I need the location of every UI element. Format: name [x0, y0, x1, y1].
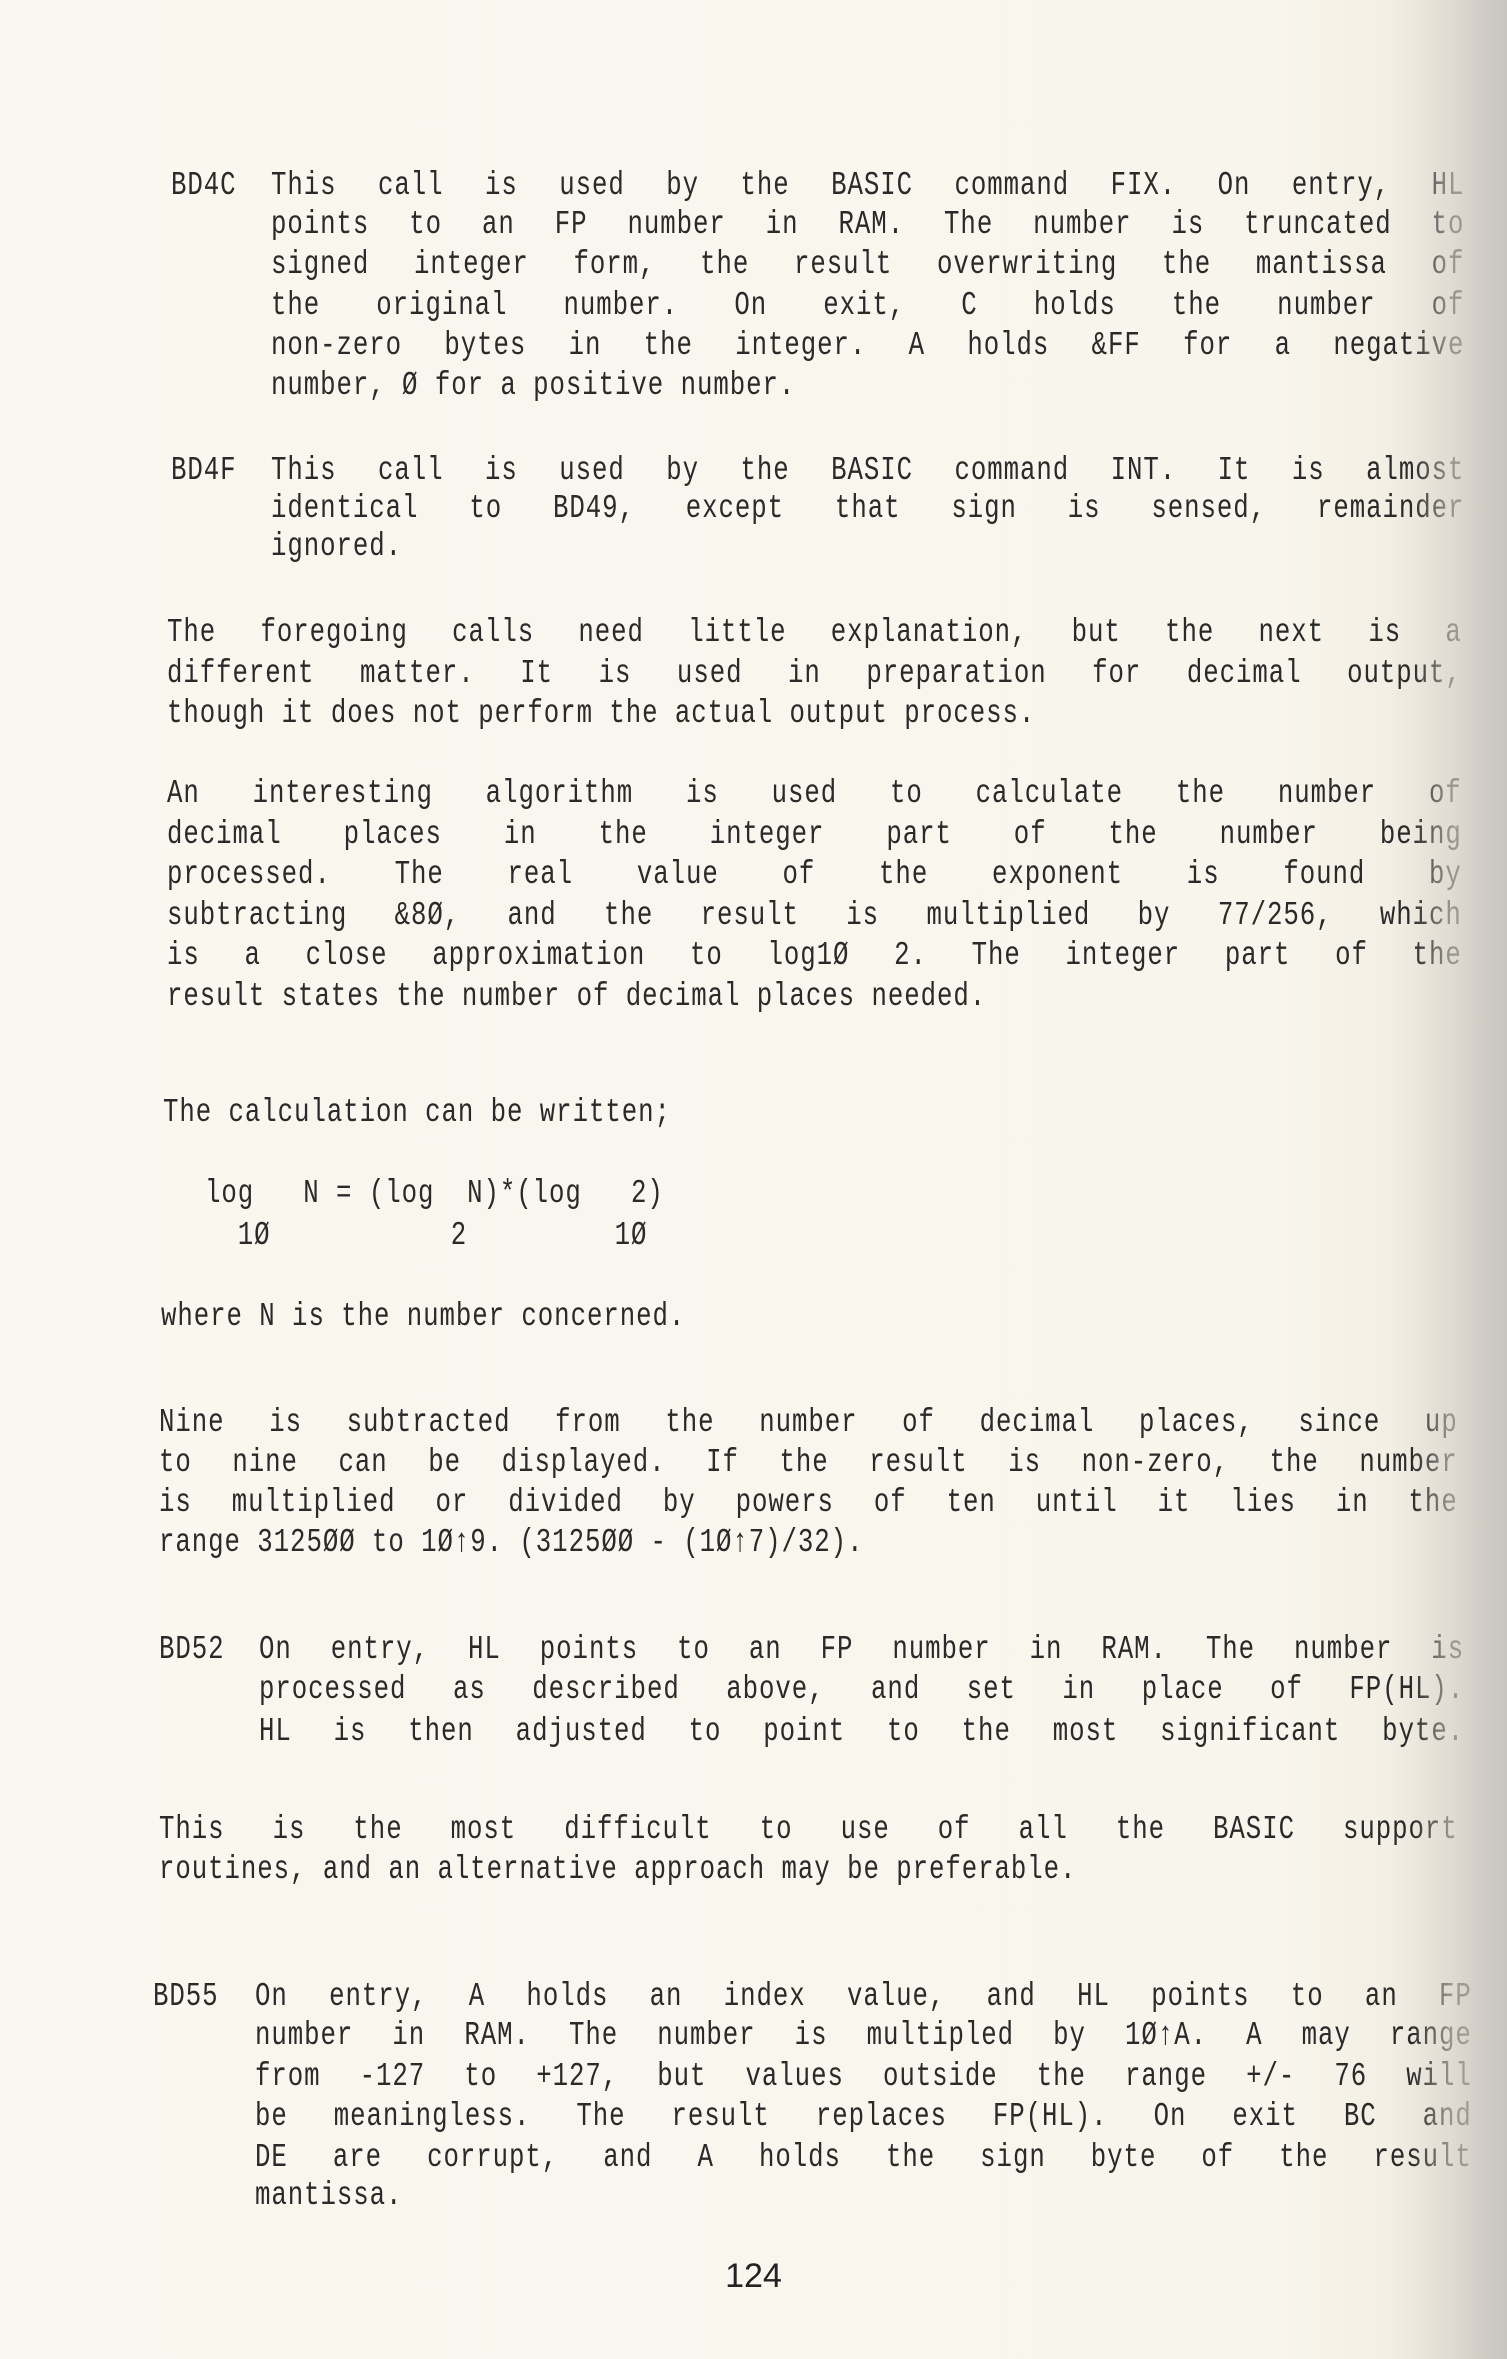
entry-code: BD52 — [159, 1630, 225, 1670]
text-line: processed. The real value of the exponen… — [167, 855, 1462, 895]
text-line: The foregoing calls need little explanat… — [167, 613, 1462, 653]
text-line: be meaningless. The result replaces FP(H… — [255, 2097, 1472, 2137]
entry-code: BD4C — [171, 166, 237, 206]
text-line: number, Ø for a positive number. — [271, 366, 795, 406]
text-line: signed integer form, the result overwrit… — [271, 245, 1464, 285]
text-line: routines, and an alternative approach ma… — [159, 1850, 1076, 1890]
text-line: On entry, HL points to an FP number in R… — [259, 1630, 1464, 1670]
text-line: though it does not perform the actual ou… — [167, 694, 1035, 734]
text-line: mantissa. — [255, 2176, 402, 2216]
text-line: range 3125ØØ to 1Ø↑9. (3125ØØ - (1Ø↑7)/3… — [159, 1523, 863, 1563]
text-line: This call is used by the BASIC command F… — [271, 166, 1464, 206]
text-line: subtracting &8Ø, and the result is multi… — [167, 896, 1462, 936]
text-line: result states the number of decimal plac… — [167, 977, 986, 1017]
entry-code: BD4F — [171, 451, 237, 491]
text-line: processed as described above, and set in… — [259, 1670, 1464, 1710]
text-line: to nine can be displayed. If the result … — [159, 1443, 1458, 1483]
formula-subscripts: 1Ø 2 1Ø — [205, 1216, 647, 1256]
text-line: different matter. It is used in preparat… — [167, 654, 1462, 694]
text-line: DE are corrupt, and A holds the sign byt… — [255, 2138, 1472, 2178]
document-page: BD4C This call is used by the BASIC comm… — [0, 0, 1507, 2359]
text-line: identical to BD49, except that sign is s… — [271, 489, 1464, 529]
text-line: This is the most difficult to use of all… — [159, 1810, 1458, 1850]
text-line: is a close approximation to log1Ø 2. The… — [167, 936, 1462, 976]
text-line: the original number. On exit, C holds th… — [271, 286, 1464, 326]
entry-code: BD55 — [153, 1977, 219, 2017]
text-line: ignored. — [271, 527, 402, 567]
text-line: non-zero bytes in the integer. A holds &… — [271, 326, 1464, 366]
formula-line: log N = (log N)*(log 2) — [205, 1174, 664, 1214]
text-line: This call is used by the BASIC command I… — [271, 451, 1464, 491]
page-number: 124 — [0, 2257, 1507, 2296]
text-line: number in RAM. The number is multipled b… — [255, 2016, 1472, 2056]
text-line: HL is then adjusted to point to the most… — [259, 1712, 1464, 1752]
calculation-intro: The calculation can be written; — [163, 1093, 671, 1133]
text-line: An interesting algorithm is used to calc… — [167, 774, 1462, 814]
where-text: where N is the number concerned. — [161, 1297, 685, 1337]
text-line: points to an FP number in RAM. The numbe… — [271, 205, 1464, 245]
text-line: decimal places in the integer part of th… — [167, 815, 1462, 855]
text-line: from -127 to +127, but values outside th… — [255, 2057, 1472, 2097]
text-line: Nine is subtracted from the number of de… — [159, 1403, 1458, 1443]
text-line: is multiplied or divided by powers of te… — [159, 1483, 1458, 1523]
text-line: On entry, A holds an index value, and HL… — [255, 1977, 1472, 2017]
